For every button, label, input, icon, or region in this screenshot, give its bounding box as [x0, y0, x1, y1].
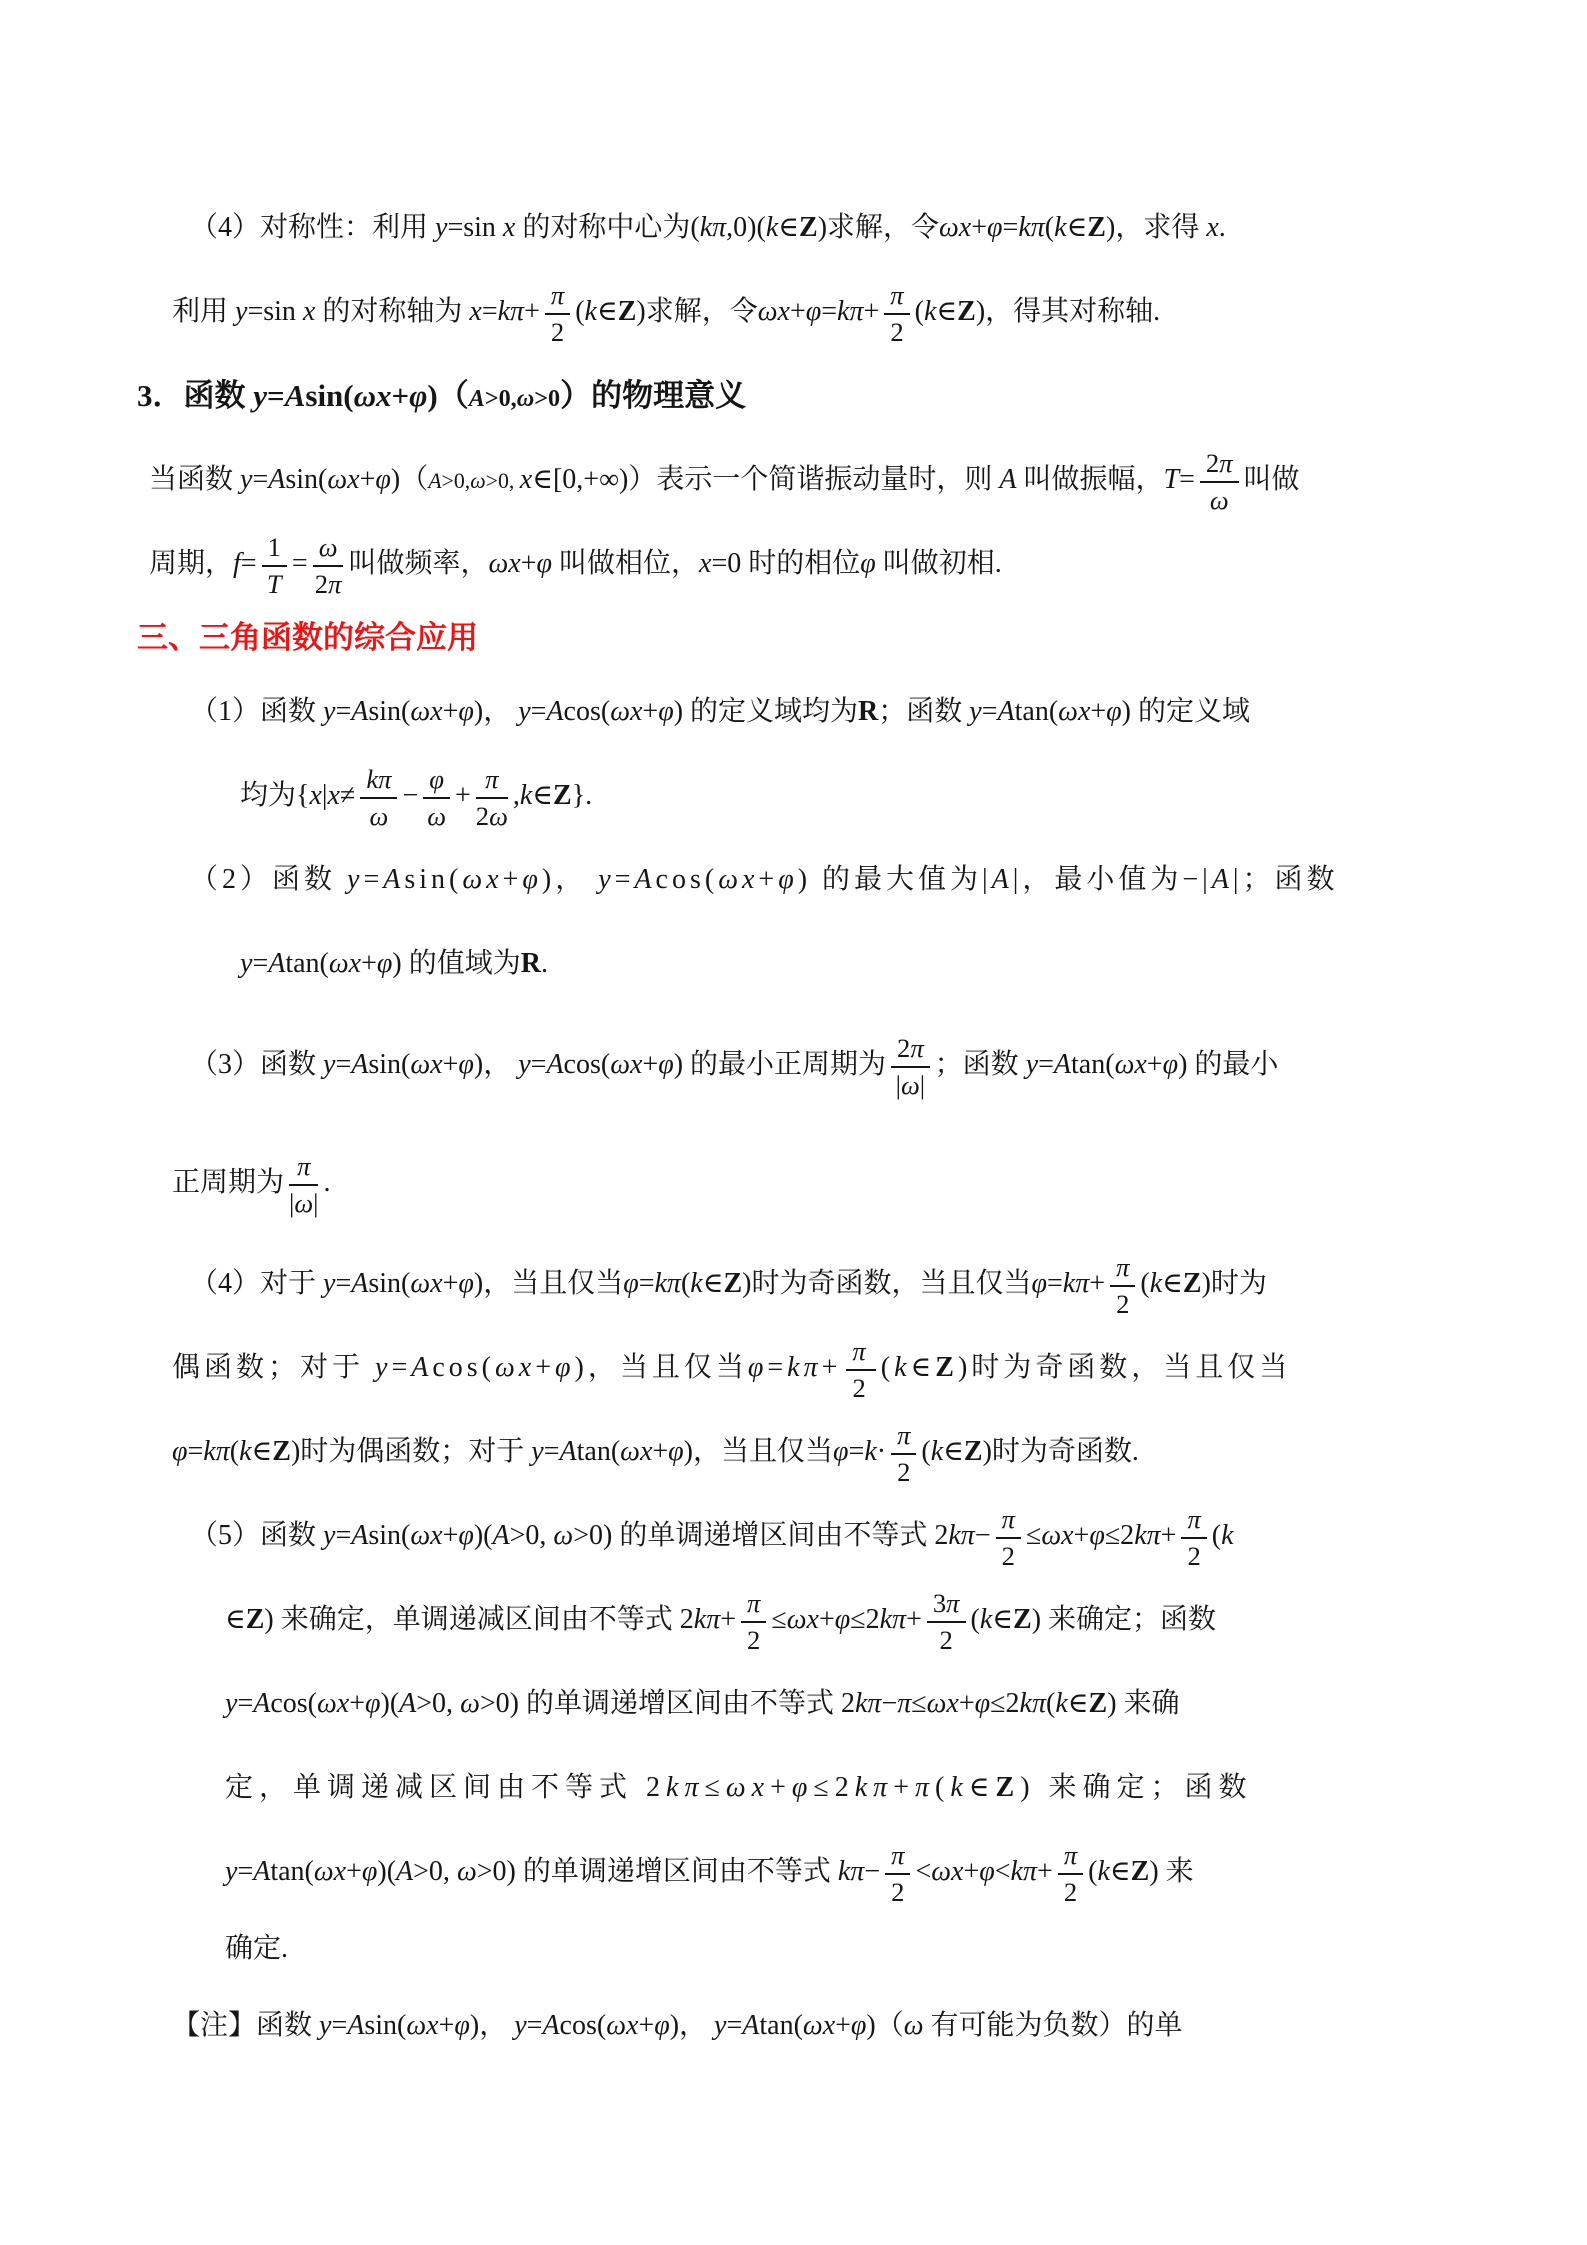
- fraction-denominator: ω: [360, 799, 397, 831]
- text-run: ，: [555, 864, 598, 895]
- math-symbol: 2: [897, 1457, 910, 1487]
- math-variable: kπ: [366, 764, 391, 794]
- math-run: ≤ωx+φ≤2kπ+: [1026, 1520, 1177, 1551]
- math-run: kπ−: [838, 1856, 880, 1887]
- math-variable: ωx: [314, 1856, 346, 1887]
- math-bold-set-symbol: Z: [618, 296, 637, 327]
- math-variable: ωx: [927, 1688, 959, 1719]
- math-run: x=0: [699, 548, 741, 579]
- math-variable: k: [239, 1436, 251, 1467]
- fraction-numerator: π: [846, 1336, 875, 1371]
- math-symbol: +: [443, 1520, 459, 1551]
- math-symbol: ): [542, 864, 555, 895]
- math-variable: A: [428, 469, 441, 493]
- part3-heading: 三、三角函数的综合应用: [137, 606, 1557, 670]
- math-symbol: >0,: [413, 1856, 457, 1887]
- math-variable: k: [766, 212, 778, 243]
- math-symbol: +: [439, 2010, 455, 2041]
- math-run: ): [958, 1352, 971, 1383]
- math-symbol: tan(: [270, 1856, 314, 1887]
- math-run: y=Asin(ωx+φ): [240, 464, 400, 495]
- text-run: 的最小: [1187, 1049, 1278, 1080]
- math-variable: φ: [833, 1436, 849, 1467]
- math-variable: A: [999, 464, 1016, 495]
- math-variable: ω: [460, 1688, 480, 1719]
- math-run: y=sin x: [435, 212, 515, 243]
- math-symbol: =: [821, 296, 837, 327]
- text-run: 的单调递增区间由不等式: [612, 1520, 934, 1551]
- math-symbol: |: [313, 1188, 318, 1218]
- math-symbol: +: [906, 1604, 922, 1635]
- text-run: 的定义域均为: [683, 696, 858, 727]
- math-run: φ=kπ(k∈: [623, 1268, 723, 1299]
- math-variable: A: [268, 464, 285, 495]
- math-variable: ωx: [410, 1268, 442, 1299]
- math-variable: kπ: [655, 1268, 681, 1299]
- math-run: y=sin x: [235, 296, 315, 327]
- math-variable: ω: [470, 469, 485, 493]
- math-variable: φ: [851, 2010, 867, 2041]
- math-variable: ωx: [606, 2010, 638, 2041]
- math-symbol: ∈: [969, 1772, 996, 1803]
- text-run: ；函数: [935, 1049, 1026, 1080]
- math-symbol: +: [1161, 1520, 1177, 1551]
- text-run: 来: [1159, 1856, 1194, 1887]
- math-run: ): [1106, 212, 1115, 243]
- math-variable: y: [518, 1049, 530, 1080]
- math-variable: ω: [904, 2010, 924, 2041]
- math-symbol: =: [391, 1352, 411, 1383]
- math-symbol: ≤2: [1105, 1520, 1134, 1551]
- text-run: 的对称轴为: [315, 296, 469, 327]
- math-symbol: (: [971, 1604, 980, 1635]
- item5-monotonic-line4: 定，单调递减区间由不等式 2kπ≤ωx+φ≤2kπ+π(k∈Z) 来确定；函数: [137, 1746, 1557, 1830]
- math-variable: π: [1187, 1504, 1200, 1534]
- math-variable: π: [852, 1336, 869, 1366]
- math-symbol: ): [1106, 212, 1115, 243]
- math-variable: φ: [806, 296, 822, 327]
- math-symbol: =: [482, 296, 498, 327]
- math-symbol: =: [767, 1352, 787, 1383]
- math-symbol: +: [349, 1688, 365, 1719]
- text-run: ，当且仅当: [588, 1352, 748, 1383]
- math-run: ): [818, 212, 827, 243]
- math-symbol: ≤: [771, 1604, 786, 1635]
- math-run: ): [1107, 1688, 1116, 1719]
- math-variable: k: [950, 1772, 968, 1803]
- math-variable: π: [946, 1588, 959, 1618]
- math-symbol: =: [252, 948, 268, 979]
- math-symbol: 2: [1064, 1877, 1077, 1907]
- math-variable: ωx: [1041, 1520, 1073, 1551]
- math-symbol: +: [822, 1352, 842, 1383]
- fraction-numerator: ω: [313, 532, 344, 567]
- math-variable: φ: [172, 1436, 188, 1467]
- math-variable: ωx: [939, 212, 971, 243]
- math-run: y=Atan(ωx+φ)(A>0, ω>0): [225, 1856, 516, 1887]
- text-run: 时的相位: [741, 548, 860, 579]
- fraction: π2: [891, 1420, 916, 1486]
- fraction: π2: [885, 1840, 910, 1906]
- math-variable: k: [1055, 1688, 1067, 1719]
- math-symbol: ): [674, 696, 683, 727]
- math-variable: φ: [458, 1520, 474, 1551]
- math-symbol: >0: [534, 385, 560, 412]
- math-symbol: 2: [680, 1604, 694, 1635]
- math-variable: ωx: [1115, 1049, 1147, 1080]
- math-symbol: .: [323, 1167, 330, 1198]
- math-symbol: >0,: [416, 1688, 460, 1719]
- math-symbol: >0): [573, 1520, 612, 1551]
- math-symbol: =: [335, 696, 351, 727]
- math-symbol: =: [849, 1436, 865, 1467]
- math-symbol: −: [402, 780, 418, 811]
- math-variable: φ: [658, 1049, 674, 1080]
- math-run: .: [541, 948, 548, 979]
- fraction-denominator: T: [262, 567, 287, 599]
- math-symbol: |: [1233, 864, 1243, 895]
- math-variable: k: [690, 1268, 702, 1299]
- math-symbol: 3: [933, 1588, 946, 1618]
- math-variable: x: [328, 780, 340, 811]
- math-symbol: +: [642, 696, 658, 727]
- math-run: (k∈: [1140, 1268, 1183, 1299]
- math-variable: k: [924, 296, 936, 327]
- math-bold-set-symbol: Z: [964, 1436, 983, 1467]
- math-run: A: [999, 464, 1016, 495]
- text-run: 时为奇函数，当且仅当: [971, 1352, 1291, 1383]
- text-run: ，当且仅当: [693, 1436, 833, 1467]
- text-run: 均为: [240, 780, 296, 811]
- text-run: ，当且仅当: [483, 1268, 623, 1299]
- fraction-denominator: 2: [1058, 1875, 1083, 1907]
- math-symbol: +: [963, 1856, 979, 1887]
- math-run: (k∈: [1088, 1856, 1131, 1887]
- fraction: π2ω: [476, 764, 508, 830]
- fraction-numerator: π: [289, 1151, 318, 1186]
- math-symbol: =: [639, 1268, 655, 1299]
- math-symbol: +: [758, 864, 778, 895]
- math-symbol: >0,: [485, 385, 517, 412]
- math-symbol: sin(: [404, 864, 462, 895]
- math-variable: x: [1206, 212, 1218, 243]
- text-run: 叫做: [1244, 464, 1300, 495]
- math-symbol: =: [1047, 1268, 1063, 1299]
- math-variable: φ: [375, 464, 391, 495]
- math-variable: ωx: [495, 1352, 535, 1383]
- math-symbol: ): [1122, 696, 1131, 727]
- fraction: π2: [846, 1336, 875, 1402]
- fraction: 2πω: [1200, 448, 1239, 514]
- text-run: 【注】函数: [172, 2010, 319, 2041]
- math-variable: x: [699, 548, 711, 579]
- fraction: 2π|ω|: [891, 1033, 930, 1099]
- math-run: −|A|: [1182, 864, 1242, 895]
- math-symbol: (: [1045, 212, 1054, 243]
- math-variable: φ: [409, 378, 427, 413]
- math-symbol: ≠: [340, 780, 355, 811]
- math-symbol: (: [921, 1436, 930, 1467]
- math-symbol: ): [474, 1049, 483, 1080]
- math-variable: k: [520, 780, 532, 811]
- math-variable: π: [328, 569, 341, 599]
- math-variable: A: [399, 1688, 416, 1719]
- fraction-numerator: kπ: [360, 764, 397, 799]
- math-symbol: +: [959, 1688, 975, 1719]
- math-run: ): [983, 1436, 992, 1467]
- text-run: ，: [479, 2010, 514, 2041]
- math-variable: ωx: [1058, 696, 1090, 727]
- math-symbol: 2: [476, 801, 489, 831]
- text-run: 利用: [172, 296, 235, 327]
- item5-monotonic-line2: ∈Z) 来确定，单调递减区间由不等式 2kπ+π2≤ωx+φ≤2kπ+3π2(k…: [137, 1578, 1557, 1662]
- math-variable: k: [1097, 1856, 1109, 1887]
- text-run: 3．函数: [137, 378, 253, 413]
- math-symbol: =: [188, 1436, 204, 1467]
- text-run: 叫做相位，: [552, 548, 699, 579]
- text-run: ，得其对称轴.: [985, 296, 1160, 327]
- text-run: （5）函数: [190, 1520, 323, 1551]
- text-run: 求解，令: [827, 212, 939, 243]
- math-run: A>0,ω>0,: [428, 469, 520, 493]
- math-symbol: =: [335, 1049, 351, 1080]
- math-run: ): [636, 296, 645, 327]
- math-variable: x: [309, 780, 321, 811]
- text-run: 时为: [1211, 1268, 1267, 1299]
- fraction-denominator: 2π: [313, 567, 344, 599]
- math-variable: A: [253, 1688, 270, 1719]
- math-run: }.: [572, 780, 592, 811]
- math-symbol: ): [976, 296, 985, 327]
- math-symbol: tan(: [1071, 1049, 1115, 1080]
- math-variable: π: [747, 1588, 760, 1618]
- fraction-numerator: π: [885, 1840, 910, 1875]
- math-variable: A: [253, 1856, 270, 1887]
- fraction: π2: [741, 1588, 766, 1654]
- math-variable: φ: [654, 2010, 670, 2041]
- math-run: y=Asin(ωx+φ): [347, 864, 555, 895]
- math-symbol: +: [524, 296, 540, 327]
- math-symbol: +: [864, 296, 880, 327]
- math-symbol: tan(: [577, 1436, 621, 1467]
- math-symbol: 2: [315, 569, 328, 599]
- text-run: 的定义域: [1131, 696, 1250, 727]
- math-symbol: ): [1202, 1268, 1211, 1299]
- text-run: ，: [483, 1049, 518, 1080]
- math-symbol: +: [521, 548, 537, 579]
- math-variable: ωx: [354, 378, 392, 413]
- math-variable: kπ: [694, 1604, 720, 1635]
- math-symbol: +: [652, 1436, 668, 1467]
- math-run: 2kπ−π≤ωx+φ≤2kπ(k∈: [841, 1688, 1089, 1719]
- math-symbol: =sin: [447, 212, 502, 243]
- fraction: 1T: [262, 532, 287, 598]
- math-symbol: ): [264, 1604, 273, 1635]
- math-variable: y: [323, 1268, 335, 1299]
- math-variable: φ: [522, 864, 542, 895]
- math-run: y=Asin(ωx+φ): [323, 1268, 483, 1299]
- math-symbol: =: [982, 696, 998, 727]
- math-symbol: 2: [940, 1625, 953, 1655]
- math-symbol: ): [670, 2010, 679, 2041]
- math-variable: y: [319, 2010, 331, 2041]
- math-symbol: 2: [1206, 448, 1219, 478]
- math-variable: π: [1219, 448, 1232, 478]
- math-symbol: (: [681, 1268, 690, 1299]
- math-symbol: (: [1140, 1268, 1149, 1299]
- fraction-denominator: ω: [423, 799, 450, 831]
- math-symbol: ): [818, 212, 827, 243]
- math-variable: φ: [458, 696, 474, 727]
- math-symbol: 2: [747, 1625, 760, 1655]
- math-variable: kπ: [1134, 1520, 1160, 1551]
- math-run: ): [1149, 1856, 1158, 1887]
- math-symbol: ∈: [1162, 1268, 1183, 1299]
- math-variable: A: [396, 1856, 413, 1887]
- math-variable: ω: [457, 1856, 477, 1887]
- math-run: y=Atan(ωx+φ): [240, 948, 402, 979]
- math-variable: A: [383, 864, 404, 895]
- math-variable: y: [518, 696, 530, 727]
- text-run: 偶函数；对于: [172, 1352, 375, 1383]
- text-run: （3）函数: [190, 1049, 323, 1080]
- math-variable: π: [1116, 1252, 1129, 1282]
- math-symbol: ·: [877, 1436, 886, 1467]
- fraction: π2: [1181, 1504, 1206, 1570]
- fraction-numerator: π: [741, 1588, 766, 1623]
- math-symbol: =: [252, 464, 268, 495]
- fraction-numerator: π: [545, 280, 570, 315]
- text-run: 来确定；函数: [1041, 1604, 1216, 1635]
- math-run: y=Atan(ωx+φ): [1026, 1049, 1188, 1080]
- text-run: 周期，: [149, 548, 233, 579]
- math-variable: A: [546, 1049, 563, 1080]
- math-symbol: 1: [268, 532, 281, 562]
- fraction-denominator: 2: [927, 1623, 966, 1655]
- math-variable: y: [235, 296, 247, 327]
- math-symbol: ): [866, 2010, 875, 2041]
- math-run: (k∈: [575, 296, 618, 327]
- fraction-denominator: 2: [884, 315, 909, 347]
- math-symbol: ): [674, 1049, 683, 1080]
- text-run: 叫做振幅，: [1017, 464, 1164, 495]
- math-variable: A: [268, 948, 285, 979]
- math-symbol: =: [1179, 464, 1195, 495]
- math-symbol: ): [684, 1436, 693, 1467]
- math-variable: φ: [362, 1856, 378, 1887]
- math-symbol: >0): [480, 1688, 519, 1719]
- text-run: 来确: [1117, 1688, 1180, 1719]
- math-symbol: sin(: [364, 2010, 406, 2041]
- text-run: 时为奇函数.: [992, 1436, 1139, 1467]
- math-symbol: ): [1032, 1604, 1041, 1635]
- math-variable: ωx: [718, 864, 758, 895]
- math-symbol: 2: [551, 317, 564, 347]
- math-run: (k∈: [921, 1436, 964, 1467]
- math-variable: φ: [429, 764, 444, 794]
- text-run: （: [876, 2010, 904, 2041]
- math-symbol: =: [335, 1520, 351, 1551]
- text-run: ，: [679, 2010, 714, 2041]
- fraction-denominator: 2: [846, 1371, 875, 1403]
- fraction-denominator: 2ω: [476, 799, 508, 831]
- math-symbol: +: [360, 464, 376, 495]
- item1-domain-line2: 均为{x|x≠kπω−φω+π2ω,k∈Z}.: [137, 754, 1557, 838]
- math-symbol: (: [915, 296, 924, 327]
- math-variable: T: [267, 569, 282, 599]
- math-variable: kπ: [498, 296, 524, 327]
- math-symbol: +: [503, 864, 523, 895]
- math-variable: ωx: [931, 1856, 963, 1887]
- fraction-numerator: 3π: [927, 1588, 966, 1623]
- math-variable: ωx: [410, 696, 442, 727]
- math-variable: ω: [319, 532, 338, 562]
- math-symbol: ,0)(: [726, 212, 766, 243]
- math-variable: φ: [987, 212, 1003, 243]
- math-symbol: cos(: [564, 1049, 611, 1080]
- math-bold-set-symbol: Z: [996, 1772, 1021, 1803]
- math-symbol: +: [642, 1049, 658, 1080]
- math-run: y=Asin(ωx+φ): [323, 696, 483, 727]
- math-symbol: <: [915, 1856, 931, 1887]
- math-variable: ω: [517, 385, 534, 412]
- math-variable: φ: [835, 1604, 851, 1635]
- math-run: y=Asin(ωx+φ): [323, 1049, 483, 1080]
- text-run: （1）函数: [190, 696, 323, 727]
- math-symbol: +: [1147, 1049, 1163, 1080]
- math-symbol: sin(: [285, 464, 327, 495]
- math-run: y=Asin(ωx+φ): [253, 378, 437, 413]
- math-variable: A: [546, 696, 563, 727]
- text-run: 三、三角函数的综合应用: [137, 620, 478, 655]
- section3-physical-line1: 当函数 y=Asin(ωx+φ)（A>0,ω>0, x∈[0,+∞)）表示一个简…: [137, 438, 1557, 522]
- math-symbol: ): [1107, 1688, 1116, 1719]
- math-variable: ωx: [726, 1772, 770, 1803]
- fraction-denominator: 2: [891, 1455, 916, 1487]
- math-run: A>0,ω>0: [469, 385, 560, 412]
- math-variable: φ: [748, 1352, 768, 1383]
- math-variable: kπ: [855, 1772, 893, 1803]
- fraction-numerator: π: [476, 764, 508, 799]
- math-symbol: +: [971, 212, 987, 243]
- math-variable: k: [864, 1436, 876, 1467]
- math-run: f=: [233, 548, 257, 579]
- math-run: ): [1032, 1604, 1041, 1635]
- math-variable: ω: [427, 801, 446, 831]
- math-symbol: +: [720, 1604, 736, 1635]
- math-run: φ=kπ+: [1032, 1268, 1106, 1299]
- math-symbol: ≤: [1026, 1520, 1041, 1551]
- math-symbol: −|: [1182, 864, 1211, 895]
- math-symbol: 2: [897, 1033, 910, 1063]
- math-variable: ω: [1210, 485, 1229, 515]
- math-symbol: =: [531, 696, 547, 727]
- math-symbol: sin(: [368, 1049, 410, 1080]
- text-run: 的对称中心为: [515, 212, 690, 243]
- math-variable: kπ: [787, 1352, 821, 1383]
- math-run: ): [291, 1436, 300, 1467]
- math-variable: x: [469, 296, 481, 327]
- item5-monotonic-line3: y=Acos(ωx+φ)(A>0, ω>0) 的单调递增区间由不等式 2kπ−π…: [137, 1662, 1557, 1746]
- text-run: 时为奇函数，当且仅当: [751, 1268, 1031, 1299]
- math-symbol: tan(: [285, 948, 329, 979]
- math-variable: k: [585, 296, 597, 327]
- math-variable: φ: [1089, 1520, 1105, 1551]
- math-symbol: cos(: [432, 1352, 495, 1383]
- math-bold-set-symbol: Z: [1013, 1604, 1032, 1635]
- math-symbol: =: [267, 378, 285, 413]
- fraction: π2: [1058, 1840, 1083, 1906]
